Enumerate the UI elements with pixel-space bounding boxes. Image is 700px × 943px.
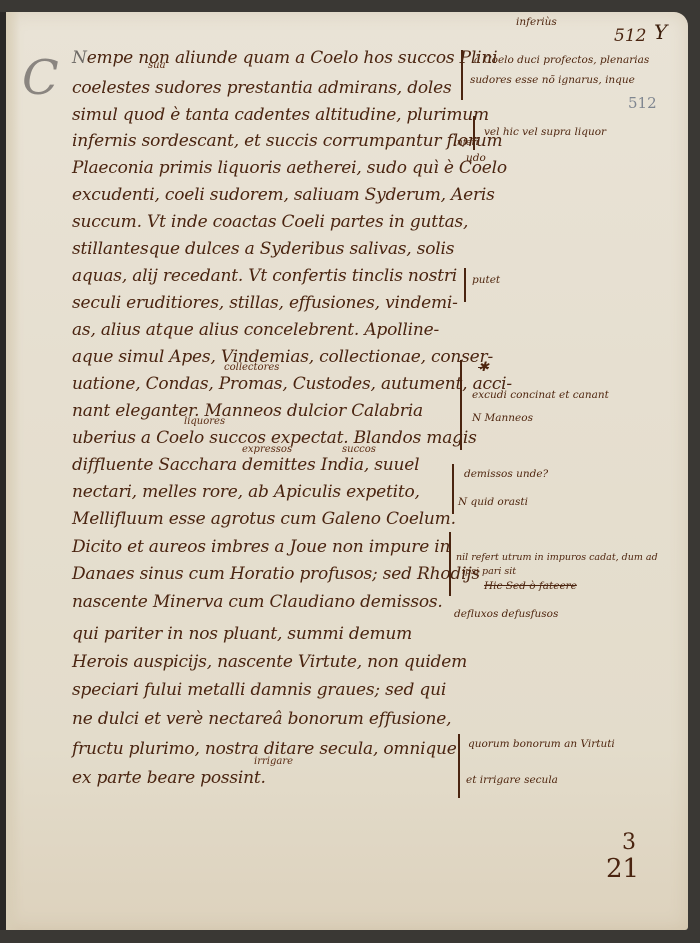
margin-note: defluxos defusfusos [454, 608, 558, 620]
text-line: nectari, melles rore, ab Apiculis expeti… [72, 482, 420, 502]
margin-bracket [461, 50, 463, 100]
interlinear-gloss: irrigare [254, 756, 293, 767]
text-line: simul quod è tanta cadentes altitudine, … [72, 105, 489, 125]
margin-note: sudores esse nõ ignarus, inque [470, 74, 635, 86]
interlinear-gloss: sua [148, 60, 166, 71]
text-line: Danaes sinus cum Horatio profusos; sed R… [72, 564, 480, 584]
margin-bracket [464, 268, 466, 302]
margin-note: nil refert utrum in impuros cadat, dum a… [456, 552, 658, 563]
text-line: nascente Minerva cum Claudiano demissos. [72, 592, 443, 612]
margin-bracket [460, 360, 462, 450]
margin-note: quorum bonorum an Virtuti [468, 738, 615, 750]
text-line: as, alius atque alius concelebrent. Apol… [72, 320, 439, 340]
margin-note: inferi [454, 138, 479, 148]
interlinear-gloss: succos [342, 444, 376, 455]
margin-note: inferiùs [516, 16, 557, 28]
text-line: stillantesque dulces a Syderibus salivas… [72, 239, 454, 259]
margin-note-struck: ✱ [478, 360, 489, 375]
margin-note: N Manneos [472, 412, 533, 424]
margin-bracket [452, 464, 454, 514]
text-line: Nempe non aliunde quam a Coelo hos succo… [72, 48, 497, 68]
margin-note: excudi concinat et canant [472, 389, 609, 401]
margin-note: udo [466, 152, 486, 164]
interlinear-gloss: expressos [242, 444, 292, 455]
text-line: Plaeconia primis liquoris aetherei, sudo… [72, 158, 507, 178]
text-line: Herois auspicijs, nascente Virtute, non … [72, 652, 467, 672]
margin-note: putet [472, 274, 500, 286]
folio-number-ink: 512 [614, 26, 646, 46]
initial-flourish: C [22, 50, 59, 106]
margin-note: à Coelo duci profectos, plenarias [474, 54, 649, 66]
bottom-folio-mark: 3 [622, 830, 636, 855]
margin-note: vel hic vel supra liquor [484, 126, 606, 138]
margin-note: ipsi pari sit [462, 566, 516, 577]
text-line: Dicito et aureos imbres a Joue non impur… [72, 537, 450, 557]
bottom-folio-number: 21 [606, 854, 639, 884]
text-line: aquas, alij recedant. Vt confertis tincl… [72, 266, 457, 286]
text-line: qui pariter in nos pluant, summi demum [72, 624, 412, 644]
text-line: coelestes sudores prestantia admirans, d… [72, 78, 452, 98]
text-line: succum. Vt inde coactas Coeli partes in … [72, 212, 468, 232]
margin-note-struck: Hic Sed ò fateere [484, 580, 577, 592]
text-line: uatione, Condas, Promas, Custodes, autum… [72, 374, 512, 394]
text-line: infernis sordescant, et succis corrumpan… [72, 131, 502, 151]
folio-number-pencil: 512 [628, 94, 657, 112]
text-line: excudenti, coeli sudorem, saliuam Syderu… [72, 185, 495, 205]
interlinear-gloss: collectores [224, 362, 279, 373]
text-line: diffluente Sacchara demittes India, suue… [72, 455, 419, 475]
folio-mark: Y [654, 20, 667, 44]
margin-note: et irrigare secula [466, 774, 558, 786]
text-line: speciari fului metalli damnis graues; se… [72, 680, 446, 700]
manuscript-page: C Nempe non aliunde quam a Coelo hos suc… [6, 12, 688, 930]
interlinear-gloss: liquores [184, 416, 225, 427]
margin-note: demissos unde? [464, 468, 548, 480]
text-line: nant eleganter. Manneos dulcior Calabria [72, 401, 423, 421]
margin-note: N quid orasti [458, 496, 528, 508]
text-line: Mellifluum esse agrotus cum Galeno Coelu… [72, 509, 456, 529]
text-line: ex parte beare possint. [72, 768, 266, 788]
margin-bracket [449, 532, 451, 596]
margin-bracket [458, 734, 460, 798]
text-line: aque simul Apes, Vindemias, collectionae… [72, 347, 493, 367]
text-line: ne dulci et verè nectareâ bonorum effusi… [72, 709, 451, 729]
text-line: seculi eruditiores, stillas, effusiones,… [72, 293, 458, 313]
initial-letter: N [72, 48, 87, 68]
